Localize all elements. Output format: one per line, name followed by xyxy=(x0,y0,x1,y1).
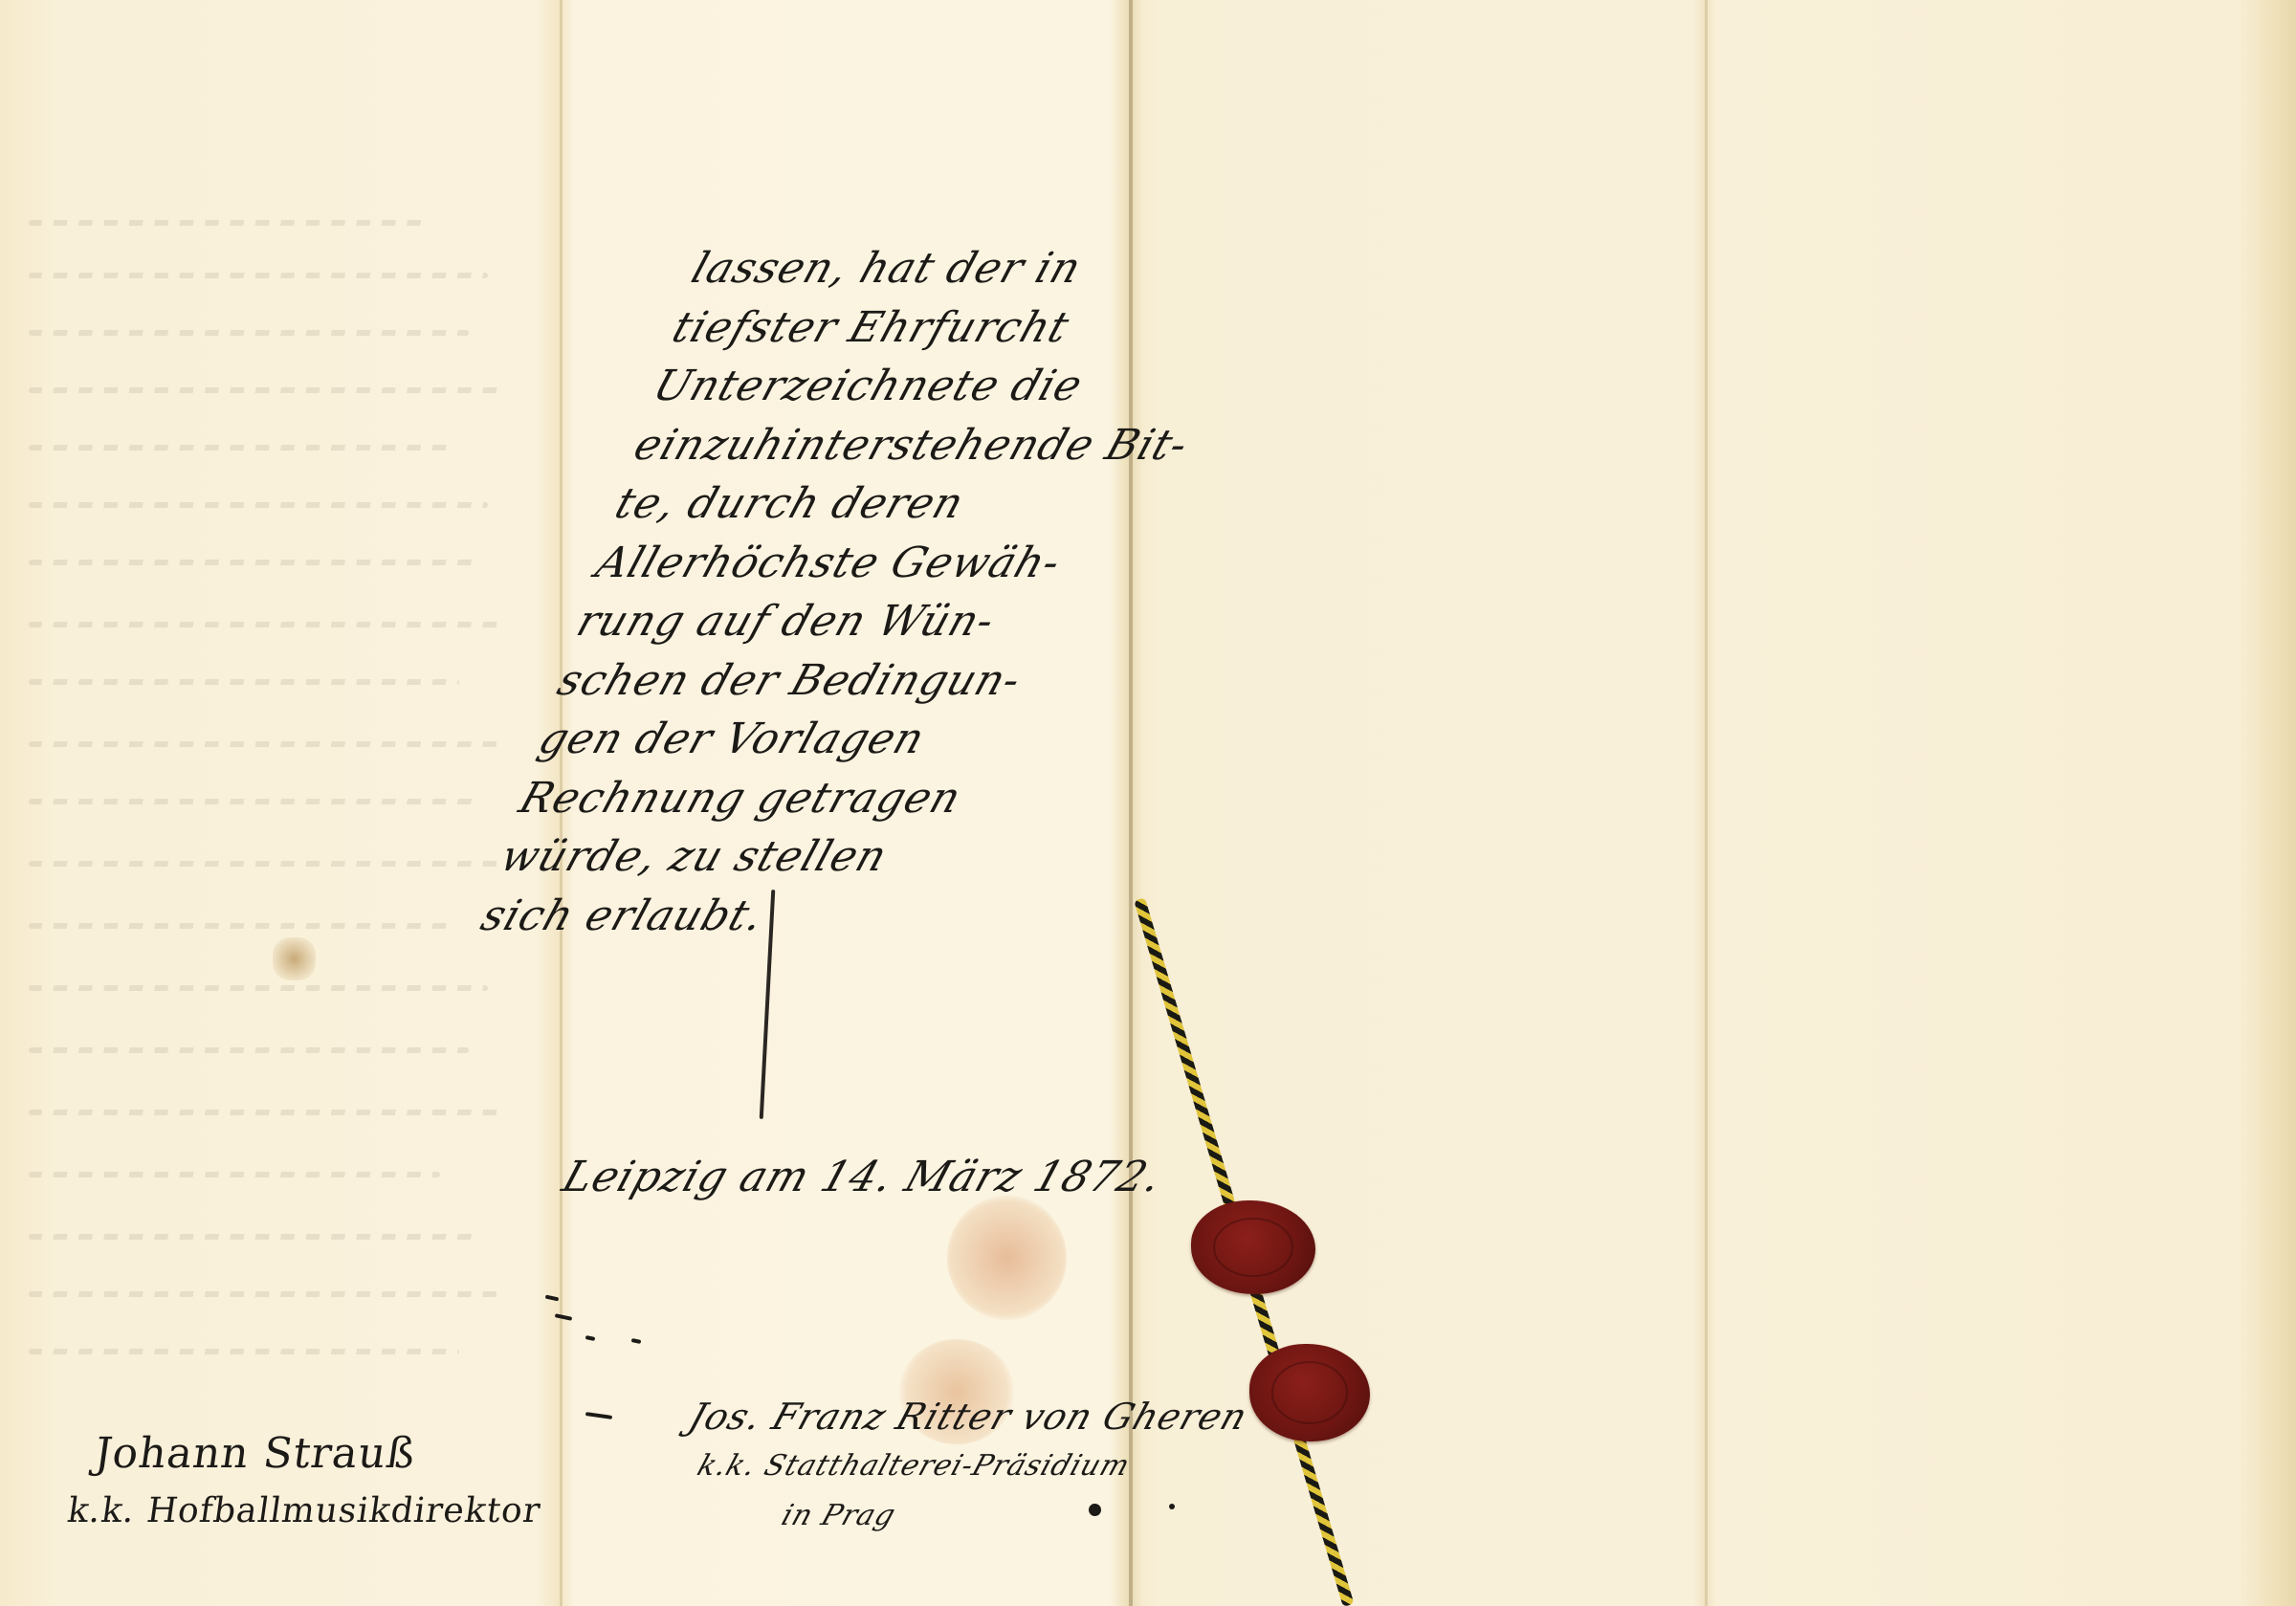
ink-dash xyxy=(555,1313,572,1321)
signature-left-title: k.k. Hofballmusikdirektor xyxy=(64,1483,545,1540)
body-line: Allerhöchste Gewäh- xyxy=(588,534,1159,593)
signature-left-name: Johann Strauß xyxy=(91,1425,553,1483)
wax-seal-lower xyxy=(1249,1344,1370,1441)
body-line: lassen, hat der in xyxy=(684,239,1254,298)
body-line: schen der Bedingun- xyxy=(550,651,1120,711)
signature-right: Jos. Franz Ritter von Gheren k.k. Statth… xyxy=(651,1392,1255,1541)
body-line: gen der Vorlagen xyxy=(531,710,1101,769)
signature-right-name: Jos. Franz Ritter von Gheren xyxy=(682,1392,1254,1441)
document-sheet: lassen, hat der in tiefster Ehrfurcht Un… xyxy=(0,0,2296,1606)
body-line: rung auf den Wün- xyxy=(569,592,1139,651)
right-fold-line xyxy=(1705,0,1708,1606)
ink-dash xyxy=(631,1338,642,1344)
body-line: sich erlaubt. xyxy=(474,887,1044,946)
date-line: Leipzig am 14. März 1872. xyxy=(557,1153,1169,1201)
body-line: einzuhinterstehende Bit- xyxy=(627,416,1197,475)
signature-left: Johann Strauß k.k. Hofballmusikdirektor xyxy=(83,1425,553,1540)
stain-upper xyxy=(947,1196,1067,1320)
signature-right-place: in Prag xyxy=(651,1491,1223,1541)
wax-seal-upper xyxy=(1191,1200,1315,1294)
letter-body: lassen, hat der in tiefster Ehrfurcht Un… xyxy=(474,239,1253,945)
brown-spot xyxy=(273,937,316,980)
body-line: würde, zu stellen xyxy=(493,827,1063,887)
bleed-through-text xyxy=(29,220,526,1463)
ink-dot xyxy=(1169,1504,1175,1509)
body-line: Unterzeichnete die xyxy=(646,357,1216,416)
body-line: Rechnung getragen xyxy=(512,769,1082,828)
body-line: te, durch deren xyxy=(607,474,1178,534)
body-line: tiefster Ehrfurcht xyxy=(665,298,1235,358)
ink-blot xyxy=(1089,1504,1101,1516)
ink-dash xyxy=(545,1295,560,1302)
ink-dash xyxy=(585,1412,612,1419)
ink-dash xyxy=(585,1335,596,1341)
signature-right-title: k.k. Statthalterei-Präsidium xyxy=(667,1441,1239,1491)
